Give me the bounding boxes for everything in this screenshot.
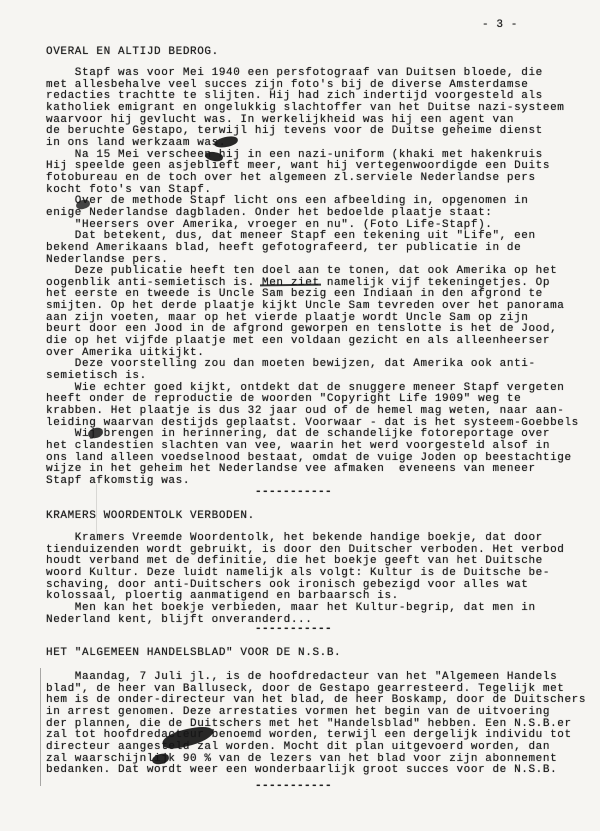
page-number: - 3 -: [482, 20, 518, 32]
article-2-heading: KRAMERS WOORDENTOLK VERBODEN.: [46, 511, 255, 523]
article-1-heading: OVERAL EN ALTIJD BEDROG.: [46, 47, 219, 59]
scanned-typewritten-page: - 3 - OVERAL EN ALTIJD BEDROG. Stapf was…: [0, 0, 600, 831]
section-divider-1: -----------: [255, 487, 332, 499]
article-1-body: Stapf was voor Mei 1940 een persfotograa…: [46, 68, 579, 488]
article-3-heading: HET "ALGEMEEN HANDELSBLAD" VOOR DE N.S.B…: [46, 648, 341, 660]
paper-crease: [96, 484, 97, 534]
paper-crease: [40, 668, 41, 786]
section-divider-2: -----------: [255, 624, 332, 636]
section-divider-3: -----------: [255, 781, 332, 793]
article-3-body: Maandag, 7 Juli jl., is de hoofdredacteu…: [46, 672, 586, 777]
article-2-body: Kramers Vreemde Woordentolk, het bekende…: [46, 533, 564, 626]
